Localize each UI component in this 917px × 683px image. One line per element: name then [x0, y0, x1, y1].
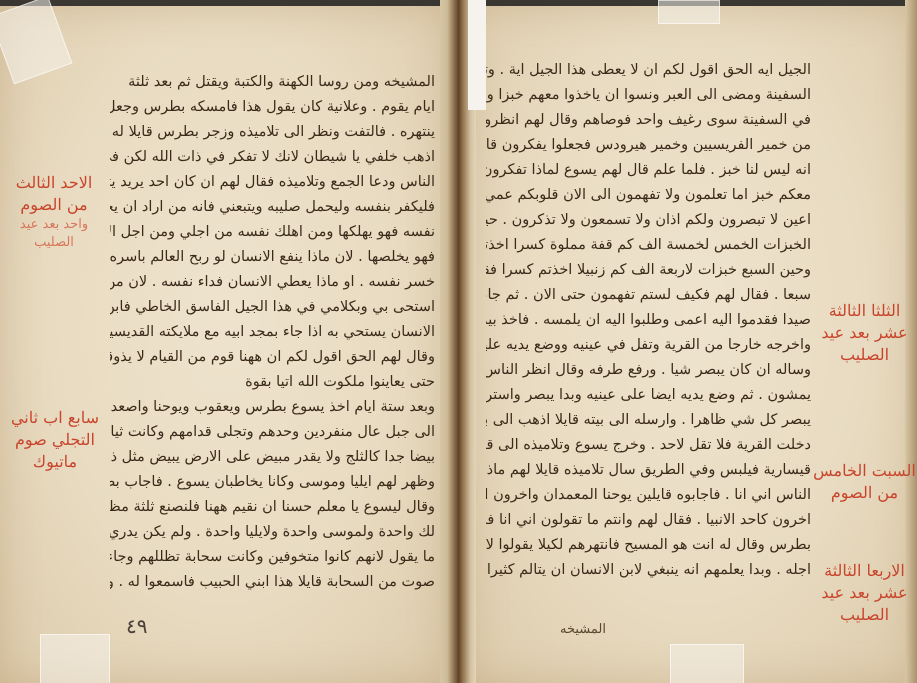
text-line: اخرون كاحد الانبيا . فقال لهم وانتم ما ت…: [486, 508, 811, 533]
text-line: قيسارية فيلبس وفي الطريق سال تلاميذه قاي…: [486, 458, 811, 483]
text-line: وقال لهم الحق اقول لكم ان ههنا قوم من ال…: [110, 345, 435, 370]
text-line: المشيخه ومن روسا الكهنة والكتبة ويقتل ثم…: [110, 70, 435, 95]
torn-paper-gap: [468, 0, 486, 110]
manuscript-spread: المشيخه ومن روسا الكهنة والكتبة ويقتل ثم…: [0, 0, 917, 683]
text-line: معكم خبز اما تعلمون ولا تفهمون الى الان …: [486, 183, 811, 208]
text-line: وبعد ستة ايام اخذ يسوع بطرس ويعقوب ويوحن…: [110, 395, 435, 420]
rubric-line: من الصوم: [6, 194, 102, 216]
margin-rubric-right-3: الاربعا الثالثة عشر بعد عيد الصليب: [812, 560, 917, 626]
rubric-line: الصليب: [812, 604, 917, 626]
text-line: انه ليس لنا خبز . فلما علم قال لهم يسوع …: [486, 158, 811, 183]
text-line: بطرس وقال له انت هو المسيح فانتهرهم لكيل…: [486, 533, 811, 558]
text-line: ما يقول لانهم كانوا متخوفين وكانت سحابة …: [110, 545, 435, 570]
text-line: واخرجه خارجا من القرية وتفل في عينيه ووض…: [486, 333, 811, 358]
text-line: يبصر كل شي ظاهرا . وارسله الى بيته قايلا…: [486, 408, 811, 433]
rubric-line: من الصوم: [812, 482, 917, 504]
rubric-line: السبت الخامس: [812, 460, 917, 482]
text-line: سبعا . فقال لهم فكيف لستم تفهمون حتى الا…: [486, 283, 811, 308]
folio-number: ٤٩: [126, 614, 147, 638]
text-line: حتى يعاينوا ملكوت الله اتيا بقوة: [110, 370, 435, 395]
text-line: الناس ودعا الجمع وتلاميذه فقال لهم ان كا…: [110, 170, 435, 195]
text-line: اعين لا تبصرون ولكم اذان ولا تسمعون ولا …: [486, 208, 811, 233]
text-line: الجيل ايه الحق اقول لكم ان لا يعطى هذا ا…: [486, 58, 811, 83]
text-line: ينتهره . فالتفت ونظر الى تلاميذه وزجر بط…: [110, 120, 435, 145]
text-line: نفسه فهو يهلكها ومن اهلك نفسه من اجلي وم…: [110, 220, 435, 245]
text-line: استحى بي وبكلامي في هذا الجيل الفاسق الخ…: [110, 295, 435, 320]
text-line: وحين السبع خبزات لاربعة الف كم زنبيلا اخ…: [486, 258, 811, 283]
text-line: بيضا جدا كالثلج ولا يقدر مبيض على الارض …: [110, 445, 435, 470]
repair-tape-top: [658, 0, 720, 24]
text-line: وساله ان كان يبصر شيا . ورفع طرفه وقال ا…: [486, 358, 811, 383]
text-line: وظهر لهم ايليا وموسى وكانا يخاطبان يسوع …: [110, 470, 435, 495]
rubric-line: عشر بعد عيد: [812, 322, 917, 344]
text-line: اجله . وبدا يعلمهم انه ينبغي لابن الانسا…: [486, 558, 811, 583]
rubric-line: الصليب: [812, 344, 917, 366]
repair-tape-bottom-left: [40, 634, 110, 683]
rubric-line: عشر بعد عيد: [812, 582, 917, 604]
text-line: الانسان يستحي به اذا جاء بمجد ابيه مع مل…: [110, 320, 435, 345]
rubric-line: الاحد الثالث: [6, 172, 102, 194]
margin-rubric-left-2: سابع اب ثاني التجلي صوم ماتيوك: [2, 407, 108, 473]
text-line: الى جبل عال منفردين وحدهم وتجلى قدامهم و…: [110, 420, 435, 445]
right-page-text: الجيل ايه الحق اقول لكم ان لا يعطى هذا ا…: [486, 58, 811, 583]
rubric-subline: واحد بعد عيد: [6, 216, 102, 234]
repair-tape-bottom-right: [670, 644, 744, 683]
rubric-line: الثلثا الثالثة: [812, 300, 917, 322]
rubric-line: التجلي صوم ماتيوك: [2, 429, 108, 473]
text-line: خسر نفسه . او ماذا يعطي الانسان فداء نفس…: [110, 270, 435, 295]
text-line: صوت من السحابة قايلا هذا ابني الحبيب فاس…: [110, 570, 435, 595]
text-line: يمشون . ثم وضع يديه ايضا على عينيه وبدا …: [486, 383, 811, 408]
text-line: صيدا فقدموا اليه اعمى وطلبوا اليه ان يلم…: [486, 308, 811, 333]
text-line: لك واحدة ولموسى واحدة ولايليا واحدة . ول…: [110, 520, 435, 545]
text-line: وقال ليسوع يا معلم حسنا ان نقيم ههنا فلن…: [110, 495, 435, 520]
rubric-subline: الصليب: [6, 234, 102, 252]
rubric-line: سابع اب ثاني: [2, 407, 108, 429]
text-line: فهو يخلصها . لان ماذا ينفع الانسان لو رب…: [110, 245, 435, 270]
text-line: دخلت القرية فلا تقل لاحد . وخرج يسوع وتل…: [486, 433, 811, 458]
margin-rubric-left-1: الاحد الثالث من الصوم واحد بعد عيد الصلي…: [6, 172, 102, 252]
text-line: الخبزات الخمس لخمسة الف كم قفة مملوة كسر…: [486, 233, 811, 258]
text-line: الناس اني انا . فاجابوه قايلين يوحنا الم…: [486, 483, 811, 508]
margin-rubric-right-2: السبت الخامس من الصوم: [812, 460, 917, 504]
margin-rubric-right-1: الثلثا الثالثة عشر بعد عيد الصليب: [812, 300, 917, 366]
text-line: فليكفر بنفسه وليحمل صليبه ويتبعني فانه م…: [110, 195, 435, 220]
text-line: ايام يقوم . وعلانية كان يقول هذا فامسكه …: [110, 95, 435, 120]
text-line: اذهب خلفي يا شيطان لانك لا تفكر في ذات ا…: [110, 145, 435, 170]
left-page-text: المشيخه ومن روسا الكهنة والكتبة ويقتل ثم…: [110, 70, 435, 595]
text-line: في السفينة سوى رغيف واحد فوصاهم وقال لهم…: [486, 108, 811, 133]
text-line: من خمير الفريسيين وخمير هيرودس فجعلوا يف…: [486, 133, 811, 158]
catchword: المشيخه: [560, 622, 606, 637]
text-line: السفينة ومضى الى العبر ونسوا ان ياخذوا م…: [486, 83, 811, 108]
rubric-line: الاربعا الثالثة: [812, 560, 917, 582]
